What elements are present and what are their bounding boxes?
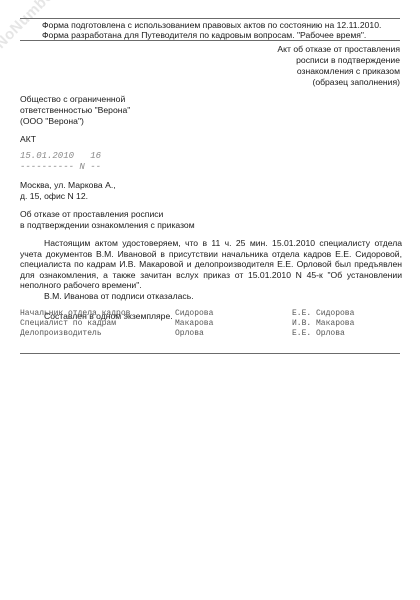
date-label-line: ---------- N -- xyxy=(20,162,101,173)
signer-name: Е.Е. Сидорова xyxy=(292,309,354,319)
org-line: (ООО "Верона") xyxy=(20,116,130,127)
signer-signature: Макарова xyxy=(175,319,213,329)
org-line: Общество с ограниченной xyxy=(20,94,130,105)
place-line: д. 15, офис N 12. xyxy=(20,191,116,202)
body-paragraph-1: Настоящим актом удостоверяем, что в 11 ч… xyxy=(20,238,402,291)
title-line: Акт об отказе от проставления xyxy=(277,44,400,55)
document-type: АКТ xyxy=(20,134,36,145)
signature-row: Делопроизводитель Орлова Е.Е. Орлова xyxy=(20,329,400,339)
place-of-composition: Москва, ул. Маркова А., д. 15, офис N 12… xyxy=(20,180,116,202)
subject-line: в подтверждении ознакомления с приказом xyxy=(20,220,195,231)
signer-name: Е.Е. Орлова xyxy=(292,329,345,339)
signature-row: Начальник отдела кадров Сидорова Е.Е. Си… xyxy=(20,309,400,319)
header-note: Форма подготовлена с использованием прав… xyxy=(42,21,381,40)
title-line: (образец заполнения) xyxy=(277,77,400,88)
title-line: ознакомления с приказом xyxy=(277,66,400,77)
header-bottom-rule xyxy=(20,40,400,41)
signer-signature: Сидорова xyxy=(175,309,213,319)
footer-rule xyxy=(20,353,400,354)
place-line: Москва, ул. Маркова А., xyxy=(20,180,116,191)
document-title-block: Акт об отказе от проставления росписи в … xyxy=(277,44,400,88)
date-value-line: 15.01.2010 16 xyxy=(20,151,101,162)
body-paragraph-2: В.М. Иванова от подписи отказалась. xyxy=(20,291,402,302)
document-subject: Об отказе от проставления росписи в подт… xyxy=(20,209,195,231)
signer-position: Начальник отдела кадров xyxy=(20,309,130,319)
signer-signature: Орлова xyxy=(175,329,204,339)
signer-name: И.В. Макарова xyxy=(292,319,354,329)
org-line: ответственностью "Верона" xyxy=(20,105,130,116)
signer-position: Делопроизводитель xyxy=(20,329,102,339)
signatures-table: Начальник отдела кадров Сидорова Е.Е. Си… xyxy=(20,309,400,339)
signature-row: Специалист по кадрам Макарова И.В. Макар… xyxy=(20,319,400,329)
subject-line: Об отказе от проставления росписи xyxy=(20,209,195,220)
signer-position: Специалист по кадрам xyxy=(20,319,116,329)
header-top-rule xyxy=(20,18,400,19)
document-date-number: 15.01.2010 16 ---------- N -- xyxy=(20,151,101,173)
organization-name: Общество с ограниченной ответственностью… xyxy=(20,94,130,127)
header-note-line-2: Форма разработана для Путеводителя по ка… xyxy=(42,31,381,41)
title-line: росписи в подтверждение xyxy=(277,55,400,66)
